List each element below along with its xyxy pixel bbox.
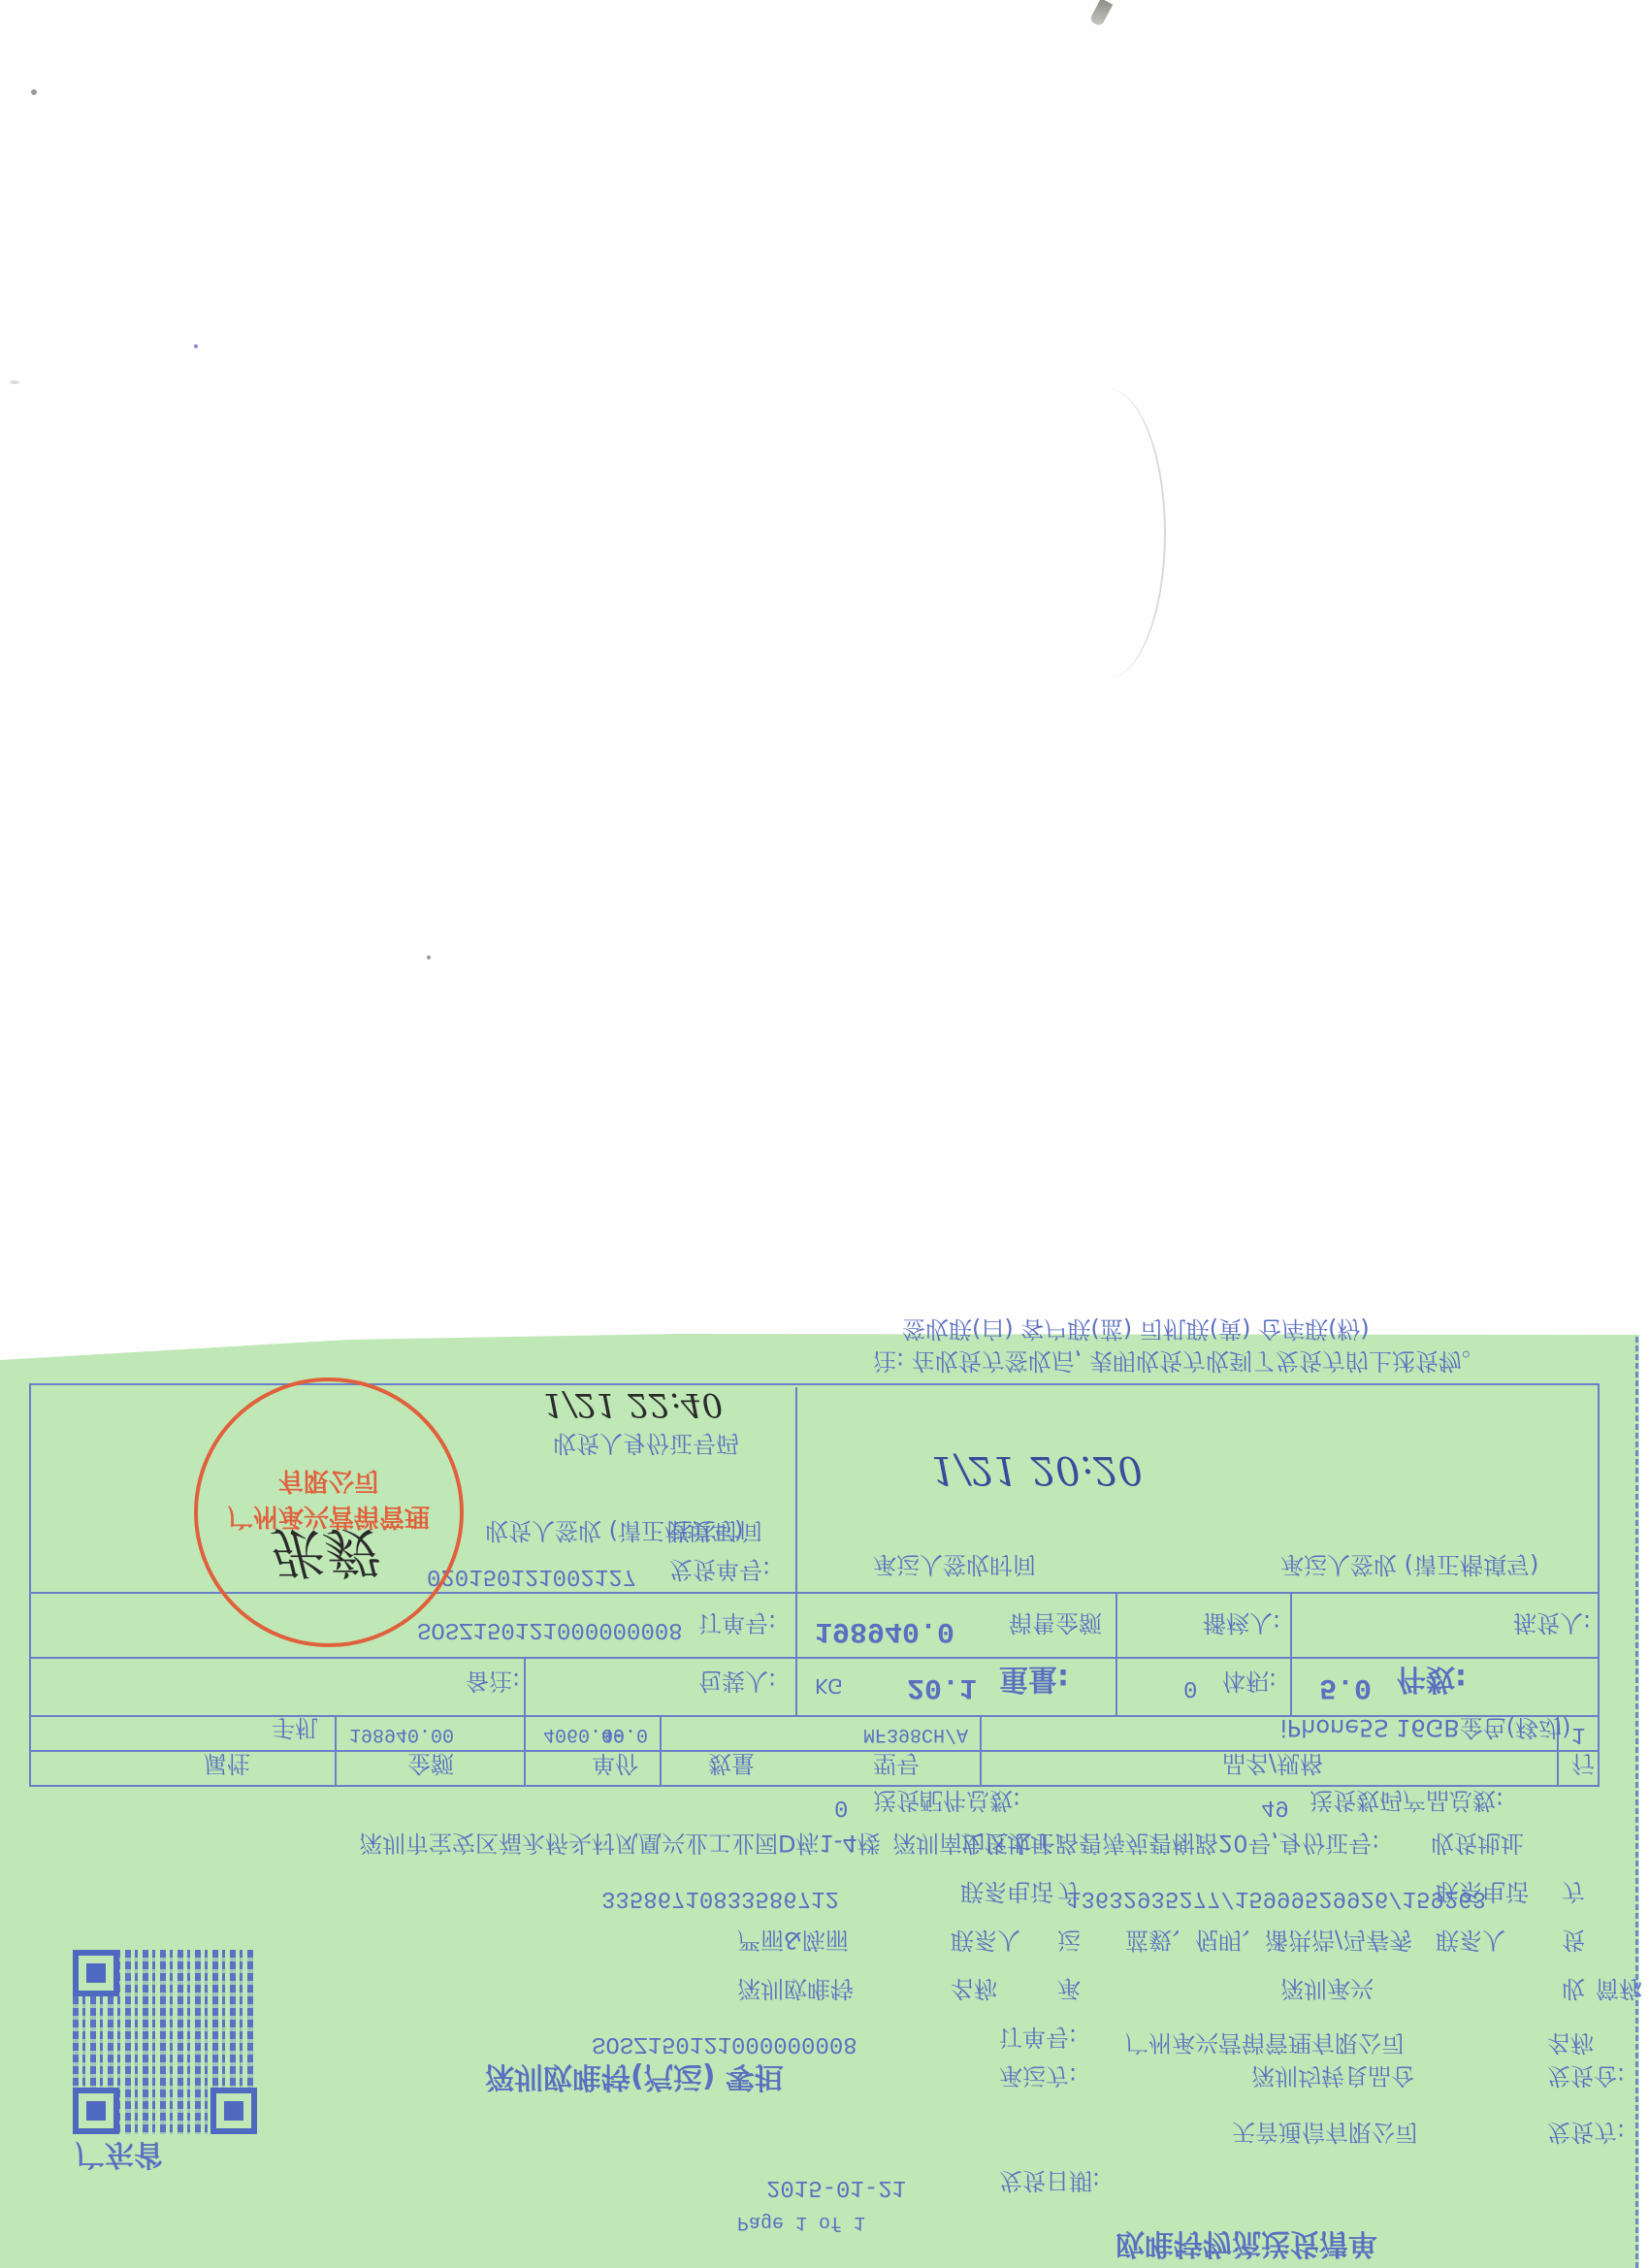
qr-code	[73, 1950, 257, 2134]
col-header-product: 品名/规格	[1222, 1749, 1323, 1783]
shipper-value: 天音通信有限公司	[1232, 2118, 1418, 2152]
company-stamp: 广州承兴营销管理有限公司 张毅	[194, 1377, 464, 1647]
receiver-short-label: 简称	[1596, 1974, 1642, 2008]
order-value: SOSZ150121000000008	[592, 2030, 857, 2057]
receiver-contact-value: 蓝毅、倪明、潘洪浩/冯春秀	[1125, 1926, 1412, 1960]
carrier-handwriting: 1/21 20:20	[931, 1447, 1143, 1492]
scan-speck	[31, 89, 37, 95]
order-label: 订单号:	[999, 2023, 1077, 2057]
col-header-line: 行	[1571, 1749, 1595, 1783]
carrier-label: 承运方:	[999, 2061, 1077, 2095]
carrier-side-char-1: 承	[1057, 1974, 1081, 2008]
carrier-contact-label: 联系人	[951, 1926, 1020, 1960]
table-rule	[795, 1594, 797, 1717]
page-indicator: Page 1 of 1	[737, 2211, 865, 2233]
receiver-side-char-3: 方	[1562, 1877, 1585, 1911]
row-price: 4060.00	[543, 1723, 625, 1745]
carrier-phone-value: 33586710833586712	[601, 1885, 839, 1911]
stamp-signature: 张毅	[266, 1517, 374, 1595]
arrival-time-label: 送达时间	[669, 1516, 762, 1550]
row-attr: 手机	[272, 1713, 318, 1747]
remark-label: 备注:	[466, 1667, 520, 1701]
table-rule	[335, 1717, 337, 1787]
row-model: MF398CH/A	[863, 1723, 968, 1745]
carrier-side-char-2: 运	[1057, 1926, 1081, 1960]
table-rule	[795, 1387, 797, 1594]
row-amount: 198940.00	[349, 1723, 454, 1745]
scan-crease	[1048, 388, 1166, 679]
carrier-phone-label: 联系电话	[960, 1877, 1053, 1911]
carrier-side-char-3: 方	[1057, 1877, 1081, 1911]
province-label: 广东省	[76, 2136, 163, 2179]
carrier-ship-addr-label: 发货地址	[960, 1829, 1053, 1863]
weight-unit: KG	[815, 1674, 843, 1698]
scan-artifact	[1089, 0, 1114, 27]
row-line-no: 1	[1571, 1721, 1585, 1747]
table-rule	[29, 1750, 1598, 1752]
table-rule	[29, 1657, 1598, 1659]
table-rule	[524, 1717, 526, 1787]
document-title: 欧唯特物流送货清单	[1115, 2225, 1377, 2268]
table-rule	[660, 1717, 662, 1787]
carrier-value: 深圳欧唯特(汽运) 零担	[485, 2058, 784, 2101]
receiver-side-char-2: 货	[1562, 1926, 1585, 1960]
warehouse-label: 发货仓:	[1547, 2061, 1625, 2095]
order-no: SOSZ150121000000008	[417, 1616, 683, 1642]
scan-speck	[194, 344, 198, 348]
table-rule	[524, 1659, 526, 1717]
receiver-short-value: 深圳承兴	[1280, 1974, 1374, 2008]
scan-speck	[10, 380, 19, 384]
carrier-time-label: 承运人签收时间	[873, 1550, 1036, 1584]
accessory-total-label: 送货配件总数:	[873, 1786, 1020, 1820]
sales-amount: 198940.0	[815, 1614, 954, 1647]
receiver-phone-value: 13632935277/15999529926/159263	[1067, 1885, 1486, 1911]
volume-value: 0	[1183, 1674, 1197, 1701]
order-no-label: 订单号:	[698, 1608, 776, 1642]
scan-speck	[427, 956, 431, 959]
checker-label: 播核人:	[1203, 1608, 1280, 1642]
col-header-qty: 数量	[708, 1749, 755, 1783]
table-rule	[980, 1717, 982, 1787]
table-rule	[1115, 1594, 1117, 1717]
shipper-label: 发货方:	[1547, 2118, 1625, 2152]
ship-date: 2015-01-21	[766, 2174, 906, 2200]
receiver-addr-label: 收货地址	[1431, 1829, 1524, 1863]
volume-label: 体积:	[1222, 1667, 1277, 1701]
delivery-no: 020150121002127	[427, 1563, 636, 1589]
digital-total: 49	[1261, 1794, 1289, 1820]
carrier-ship-addr-value: 深圳市宝安区福永桥头村凤凰兴业工业园D栋1-4楼	[359, 1829, 881, 1863]
delivery-no-label: 发货单号:	[669, 1555, 770, 1589]
receiver-id-label: 收货人身份证号码	[553, 1429, 739, 1463]
col-header-model: 型号	[873, 1749, 920, 1783]
receiver-handwriting: 1/21 22:40	[543, 1385, 723, 1424]
accessory-total: 0	[834, 1794, 848, 1820]
carrier-name-label: 名称	[951, 1974, 997, 2008]
warehouse-value: 深圳均转良品仓	[1251, 2061, 1414, 2095]
copies-text: 签收联(白) 客户联(蓝) 司机联(黄) 仓库联(粉)	[902, 1314, 1370, 1348]
carrier-contact-value: 严丽&陈丽	[737, 1926, 849, 1960]
picker-label: 拣货人:	[1513, 1608, 1591, 1642]
col-header-price: 单价	[592, 1749, 638, 1783]
pieces-value: 5.0	[1319, 1670, 1372, 1703]
table-rule	[1290, 1594, 1292, 1717]
receiver-fullname: 广州承兴营销管理有限公司	[1125, 2028, 1405, 2062]
digital-total-label: 送货数码产品总数:	[1309, 1786, 1503, 1820]
weight-value: 20.1	[907, 1670, 977, 1703]
receiver-fullname-label: 名称	[1547, 2028, 1594, 2062]
pieces-label: 件数:	[1397, 1661, 1467, 1703]
sales-amount-label: 销售金额	[1009, 1608, 1102, 1642]
receiver-contact-label: 联系人	[1436, 1926, 1505, 1960]
carrier-name-value: 深圳欧唯特	[737, 1974, 854, 2008]
receiver-side-char-1: 收	[1562, 1974, 1585, 2008]
col-header-amount: 金额	[407, 1749, 454, 1783]
col-header-attr: 属性	[204, 1749, 250, 1783]
delivery-slip: 欧唯特物流送货清单 Page 1 of 1 发货日期: 2015-01-21 发…	[0, 1334, 1639, 2268]
carrier-sign-label: 承运人签收 (请正楷填写)	[1280, 1550, 1538, 1584]
ship-date-label: 发货日期:	[999, 2166, 1100, 2200]
packer-label: 包装人:	[698, 1667, 776, 1701]
note-text: 注: 在收货方签收后, 表明收货方收到了发货方的上述货物。	[873, 1346, 1485, 1380]
weight-label: 重量:	[999, 1661, 1069, 1703]
row-product: iPhone5S 16GB金色(移动)	[1280, 1713, 1570, 1747]
